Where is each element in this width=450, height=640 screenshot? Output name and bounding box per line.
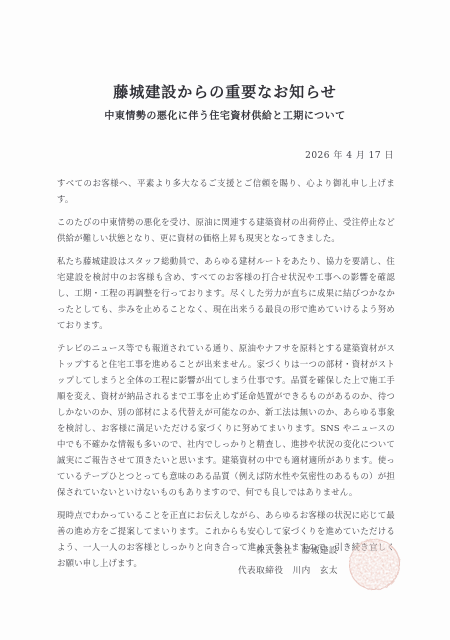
notice-body: すべてのお客様へ、平素より多大なるご支援とご信頼を賜り、心より御礼申し上げます。… bbox=[57, 175, 395, 571]
notice-letter-page: 藤城建設からの重要なお知らせ 中東情勢の悪化に伴う住宅資材供給と工期について 2… bbox=[0, 0, 450, 640]
notice-date: 2026 年 4 月 17 日 bbox=[56, 148, 394, 161]
body-paragraph-situation: このたびの中東情勢の悪化を受け、原油に関連する建築資材の出荷停止、受注停止など供… bbox=[57, 214, 395, 246]
company-seal-stamp bbox=[347, 537, 402, 592]
signature-block: 株式会社 藤城建設 代表取締役 川内 玄太 bbox=[238, 541, 338, 581]
signature-company-name: 株式会社 藤城建設 bbox=[238, 541, 338, 561]
body-paragraph-company-response: 私たち藤城建設はスタッフ総動員で、あらゆる建材ルートをあたり、協力を要請し、住宅… bbox=[57, 253, 395, 333]
body-paragraph-materials-detail: テレビのニュース等でも報道されている通り、原油やナフサを原料とする建築資材がスト… bbox=[57, 340, 395, 500]
signature-representative-name: 代表取締役 川内 玄太 bbox=[238, 561, 338, 581]
body-paragraph-greeting: すべてのお客様へ、平素より多大なるご支援とご信頼を賜り、心より御礼申し上げます。 bbox=[57, 175, 395, 207]
seal-icon bbox=[347, 537, 402, 592]
notice-title: 藤城建設からの重要なお知らせ bbox=[0, 0, 450, 102]
notice-subtitle: 中東情勢の悪化に伴う住宅資材供給と工期について bbox=[0, 102, 450, 122]
body-paragraph-closing: 現時点でわかっていることを正直にお伝えしながら、あらゆるお客様の状況に応じて最善… bbox=[57, 507, 395, 571]
